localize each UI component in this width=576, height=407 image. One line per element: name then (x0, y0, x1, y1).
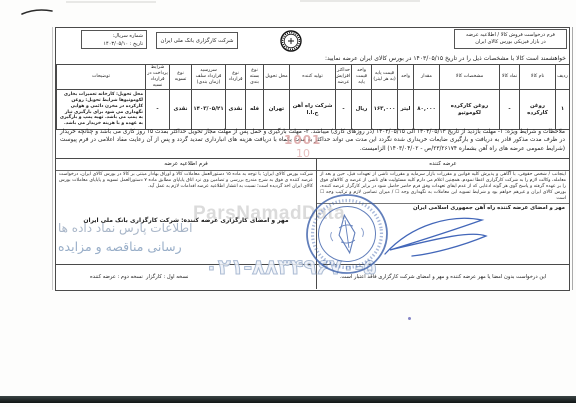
supplier-column: عرضه کننده اینجانب / شخص حقوقی، با آگاهی… (316, 159, 569, 264)
col-header: شرایط پرداخت در قرارداد نسیه (146, 65, 170, 90)
footer-row: این درخواست بدون امضا یا مهر عرضه کننده … (56, 264, 569, 289)
table-header-row: ردیف نام کالا نماد کالا مشخصات کالا مقدا… (57, 65, 570, 90)
cell-price-unit: ریال (352, 90, 372, 130)
col-header: حداکثر افزایش عرضه (336, 65, 352, 90)
bourse-logo-icon (280, 30, 302, 52)
supplier-sign-label: مهر و امضای عرضه کننده راه آهن جمهوری اس… (321, 205, 565, 211)
table-row: ۱ روغن کارکرده - روغن کارکرده لکوموتیو ۸… (57, 90, 570, 130)
copy-supplier-label: نسخه دوم : عرضه کننده (90, 274, 143, 280)
scan-bottom-bar (0, 396, 576, 403)
cell-maturity-date: ۱۴۰۳/۰۵/۲۱ (192, 90, 226, 130)
col-header: سررسید قرارداد سلف (زمان بندی) (192, 65, 226, 90)
cell-settlement-type: نقدی (170, 90, 192, 130)
cell-row-number: ۱ (556, 90, 570, 130)
col-header: واحد قیمت پایه (352, 65, 372, 90)
copies-cell: نسخه دوم : عرضه کننده نسخه اول : کارگزار (56, 265, 316, 289)
offer-request-form: شماره سریال: تاریخ : ۱۴۰۳/۰۵/۱۰ شرکت کار… (55, 27, 570, 291)
serial-box: شماره سریال: تاریخ : ۱۴۰۳/۰۵/۱۰ (81, 30, 147, 49)
request-line: خواهشمند است کالا با مشخصات ذیل را در تا… (59, 55, 566, 62)
broker-section-title: فرم اطلاعیه عرضه (56, 159, 316, 171)
cell-producer: شرکت راه آهن ج.ا.ا (290, 90, 336, 130)
serial-label: شماره سریال: (85, 32, 143, 40)
signature-section: عرضه کننده اینجانب / شخص حقوقی، با آگاهی… (56, 158, 569, 264)
cell-contract-type: نقدی (226, 90, 246, 130)
cell-packaging: فله (246, 90, 264, 130)
supplier-section-title: عرضه کننده (317, 159, 569, 171)
scan-smudge (300, 0, 420, 2)
cell-delivery-place: تهران (264, 90, 290, 130)
divider-line (317, 203, 569, 204)
col-header: نوع تسویه (170, 65, 192, 90)
pen-mark-icon (20, 6, 54, 18)
broker-company-box: شرکت کارگزاری بانک ملی ایران (156, 32, 238, 49)
form-title-box: فرم درخواست فروش کالا / اطلاعیه عرضه در … (454, 29, 567, 49)
validity-note: این درخواست بدون امضا یا مهر عرضه کننده … (316, 265, 569, 289)
copy-broker-label: نسخه اول : کارگزار (146, 274, 188, 280)
broker-sign-label: مهر و امضای کارگزاری عرضه کننده: شرکت کا… (56, 217, 316, 224)
cell-notes: محل تحویل: کارخانه تعمیرات بخاری لکوموتی… (57, 90, 146, 130)
col-header: واحد (398, 65, 414, 90)
cell-quantity: ۸۰,۰۰۰ (414, 90, 440, 130)
scan-smudge (66, 1, 156, 3)
col-header: نام کالا (520, 65, 556, 90)
form-title-line2: در بازار فیزیکی بورس کالای ایران (455, 39, 566, 46)
col-header: نماد کالا (500, 65, 520, 90)
form-title-line1: فرم درخواست فروش کالا / اطلاعیه عرضه (455, 32, 566, 39)
col-header: تولید کننده (290, 65, 336, 90)
col-header: مشخصات کالا (440, 65, 500, 90)
special-conditions-paragraph: ملاحظات و شرایط ویژه: ۱- مهلت بازدید از … (60, 128, 565, 153)
cell-base-price: ۱۶۳,۰۰۰ (372, 90, 398, 130)
col-header: نوع بسته بندی (246, 65, 264, 90)
cell-unit: لیتر (398, 90, 414, 130)
cell-credit-terms: - (146, 90, 170, 130)
supplier-declaration-text: اینجانب / شخص حقوقی، با آگاهی و پذیرش کل… (320, 172, 566, 202)
cell-specs: روغن کارکرده لکوموتیو (440, 90, 500, 130)
page-edge-line (52, 27, 53, 290)
col-header: محل تحویل (264, 65, 290, 90)
col-header: توضیحات (57, 65, 146, 90)
date-label: تاریخ : ۱۴۰۳/۰۵/۱۰ (85, 40, 143, 48)
cell-symbol: - (500, 90, 520, 130)
ink-dot (408, 317, 411, 320)
broker-column: فرم اطلاعیه عرضه شرکت بورس کالای ایران؛ … (56, 159, 316, 264)
cell-max-increase: - (336, 90, 352, 130)
col-header: ردیف (556, 65, 570, 90)
page-edge-line (572, 27, 573, 290)
broker-company-name: شرکت کارگزاری بانک ملی ایران (161, 38, 234, 44)
col-header: قیمت پایه (به هر لیتر) (372, 65, 398, 90)
col-header: مقدار (414, 65, 440, 90)
goods-table: ردیف نام کالا نماد کالا مشخصات کالا مقدا… (56, 64, 570, 130)
broker-declaration-text: شرکت بورس کالای ایران؛ با توجه به ماده ۱… (59, 172, 313, 190)
cell-product-name: روغن کارکرده (520, 90, 556, 130)
scanned-page: شماره سریال: تاریخ : ۱۴۰۳/۰۵/۱۰ شرکت کار… (0, 0, 576, 407)
col-header: نوع قرارداد (226, 65, 246, 90)
